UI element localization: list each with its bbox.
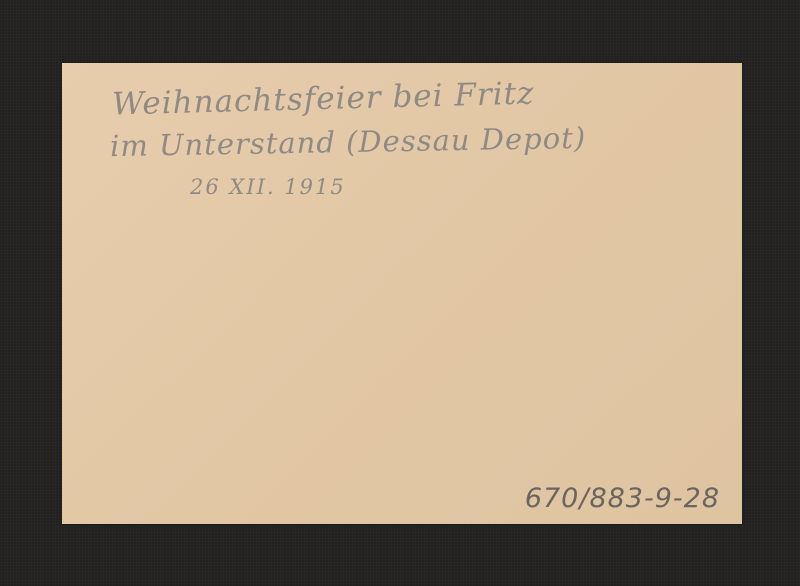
inscription-date: 26 XII. 1915 — [190, 175, 346, 199]
archival-card: Weihnachtsfeier bei Fritz im Unterstand … — [62, 63, 742, 524]
inscription-line-2: im Unterstand (Dessau Depot) — [110, 121, 587, 163]
archive-number: 670/883-9-28 — [525, 483, 720, 514]
inscription-line-1: Weihnachtsfeier bei Fritz — [112, 75, 535, 122]
